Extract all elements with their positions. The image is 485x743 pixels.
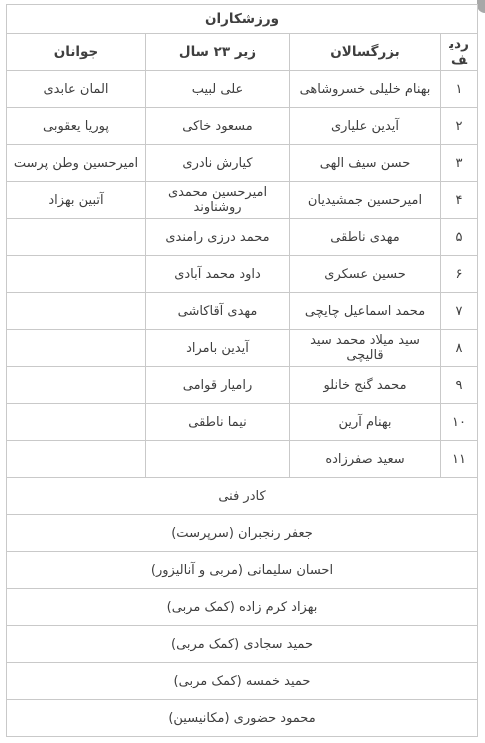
under23-name: آیدین بامراد xyxy=(146,330,290,367)
under23-name: علی لبیب xyxy=(146,71,290,108)
adults-name: سید میلاد محمد سید قالیچی xyxy=(290,330,441,367)
adults-name: بهنام خلیلی خسروشاهی xyxy=(290,71,441,108)
row-number: ۱۰ xyxy=(441,404,478,441)
row-number: ۷ xyxy=(441,293,478,330)
row-number: ۹ xyxy=(441,367,478,404)
table-row: ۹ محمد گنج خانلو رامیار قوامی xyxy=(7,367,478,404)
youth-name: امیرحسین وطن پرست xyxy=(7,145,146,182)
under23-name: رامیار قوامی xyxy=(146,367,290,404)
under23-name: کیارش نادری xyxy=(146,145,290,182)
staff-member: جعفر رنجبران (سرپرست) xyxy=(7,515,478,552)
staff-row: محمود حضوری (مکانیسین) xyxy=(7,700,478,737)
adults-name: حسن سیف الهی xyxy=(290,145,441,182)
adults-name: بهنام آرین xyxy=(290,404,441,441)
table-row: ۲ آیدین علیاری مسعود خاکی پوریا یعقوبی xyxy=(7,108,478,145)
table-row: ۵ مهدی ناطقی محمد درزی رامندی xyxy=(7,219,478,256)
row-number: ۱ xyxy=(441,71,478,108)
staff-section-title: کادر فنی xyxy=(7,478,478,515)
athletes-roster-table: ورزشکاران ردیف بزرگسالان زیر ۲۳ سال جوان… xyxy=(6,4,478,737)
adults-name: حسین عسکری xyxy=(290,256,441,293)
table-row: ۸ سید میلاد محمد سید قالیچی آیدین بامراد xyxy=(7,330,478,367)
column-header-row: ردیف بزرگسالان زیر ۲۳ سال جوانان xyxy=(7,34,478,71)
adults-name: آیدین علیاری xyxy=(290,108,441,145)
under23-name: مسعود خاکی xyxy=(146,108,290,145)
youth-name xyxy=(7,219,146,256)
table-row: ۱۱ سعید صفرزاده xyxy=(7,441,478,478)
adults-name: محمد اسماعیل چایچی xyxy=(290,293,441,330)
table-row: ۱۰ بهنام آرین نیما ناطقی xyxy=(7,404,478,441)
adults-name: مهدی ناطقی xyxy=(290,219,441,256)
youth-name xyxy=(7,330,146,367)
youth-name: پوریا یعقوبی xyxy=(7,108,146,145)
staff-member: حمید خمسه (کمک مربی) xyxy=(7,663,478,700)
under23-name xyxy=(146,441,290,478)
table-row: ۳ حسن سیف الهی کیارش نادری امیرحسین وطن … xyxy=(7,145,478,182)
staff-member: بهزاد کرم زاده (کمک مربی) xyxy=(7,589,478,626)
youth-name: المان عابدی xyxy=(7,71,146,108)
row-number: ۶ xyxy=(441,256,478,293)
table-title-row: ورزشکاران xyxy=(7,5,478,34)
adults-name: سعید صفرزاده xyxy=(290,441,441,478)
under23-name: مهدی آقاکاشی xyxy=(146,293,290,330)
staff-row: حمید سجادی (کمک مربی) xyxy=(7,626,478,663)
row-number: ۳ xyxy=(441,145,478,182)
table-title: ورزشکاران xyxy=(7,5,478,34)
under23-name: محمد درزی رامندی xyxy=(146,219,290,256)
row-number: ۴ xyxy=(441,182,478,219)
staff-member: محمود حضوری (مکانیسین) xyxy=(7,700,478,737)
staff-member: حمید سجادی (کمک مربی) xyxy=(7,626,478,663)
row-number: ۸ xyxy=(441,330,478,367)
staff-row: حمید خمسه (کمک مربی) xyxy=(7,663,478,700)
staff-row: جعفر رنجبران (سرپرست) xyxy=(7,515,478,552)
column-header-radif: ردیف xyxy=(441,34,478,71)
adults-name: محمد گنج خانلو xyxy=(290,367,441,404)
adults-name: امیرحسین جمشیدیان xyxy=(290,182,441,219)
column-header-adults: بزرگسالان xyxy=(290,34,441,71)
staff-row: احسان سلیمانی (مربی و آنالیزور) xyxy=(7,552,478,589)
under23-name: امیرحسین محمدی روشناوند xyxy=(146,182,290,219)
page: { "colors": { "text": "#3f3f3f", "border… xyxy=(0,0,485,743)
table-row: ۴ امیرحسین جمشیدیان امیرحسین محمدی روشنا… xyxy=(7,182,478,219)
staff-member: احسان سلیمانی (مربی و آنالیزور) xyxy=(7,552,478,589)
youth-name xyxy=(7,441,146,478)
row-number: ۲ xyxy=(441,108,478,145)
table-row: ۷ محمد اسماعیل چایچی مهدی آقاکاشی xyxy=(7,293,478,330)
youth-name: آتبین بهزاد xyxy=(7,182,146,219)
column-header-under23: زیر ۲۳ سال xyxy=(146,34,290,71)
staff-row: بهزاد کرم زاده (کمک مربی) xyxy=(7,589,478,626)
youth-name xyxy=(7,367,146,404)
staff-section-header-row: کادر فنی xyxy=(7,478,478,515)
row-number: ۱۱ xyxy=(441,441,478,478)
youth-name xyxy=(7,404,146,441)
column-header-youth: جوانان xyxy=(7,34,146,71)
table-row: ۱ بهنام خلیلی خسروشاهی علی لبیب المان عا… xyxy=(7,71,478,108)
under23-name: داود محمد آبادی xyxy=(146,256,290,293)
youth-name xyxy=(7,293,146,330)
under23-name: نیما ناطقی xyxy=(146,404,290,441)
row-number: ۵ xyxy=(441,219,478,256)
youth-name xyxy=(7,256,146,293)
table-row: ۶ حسین عسکری داود محمد آبادی xyxy=(7,256,478,293)
page-corner-fragment xyxy=(477,0,485,13)
